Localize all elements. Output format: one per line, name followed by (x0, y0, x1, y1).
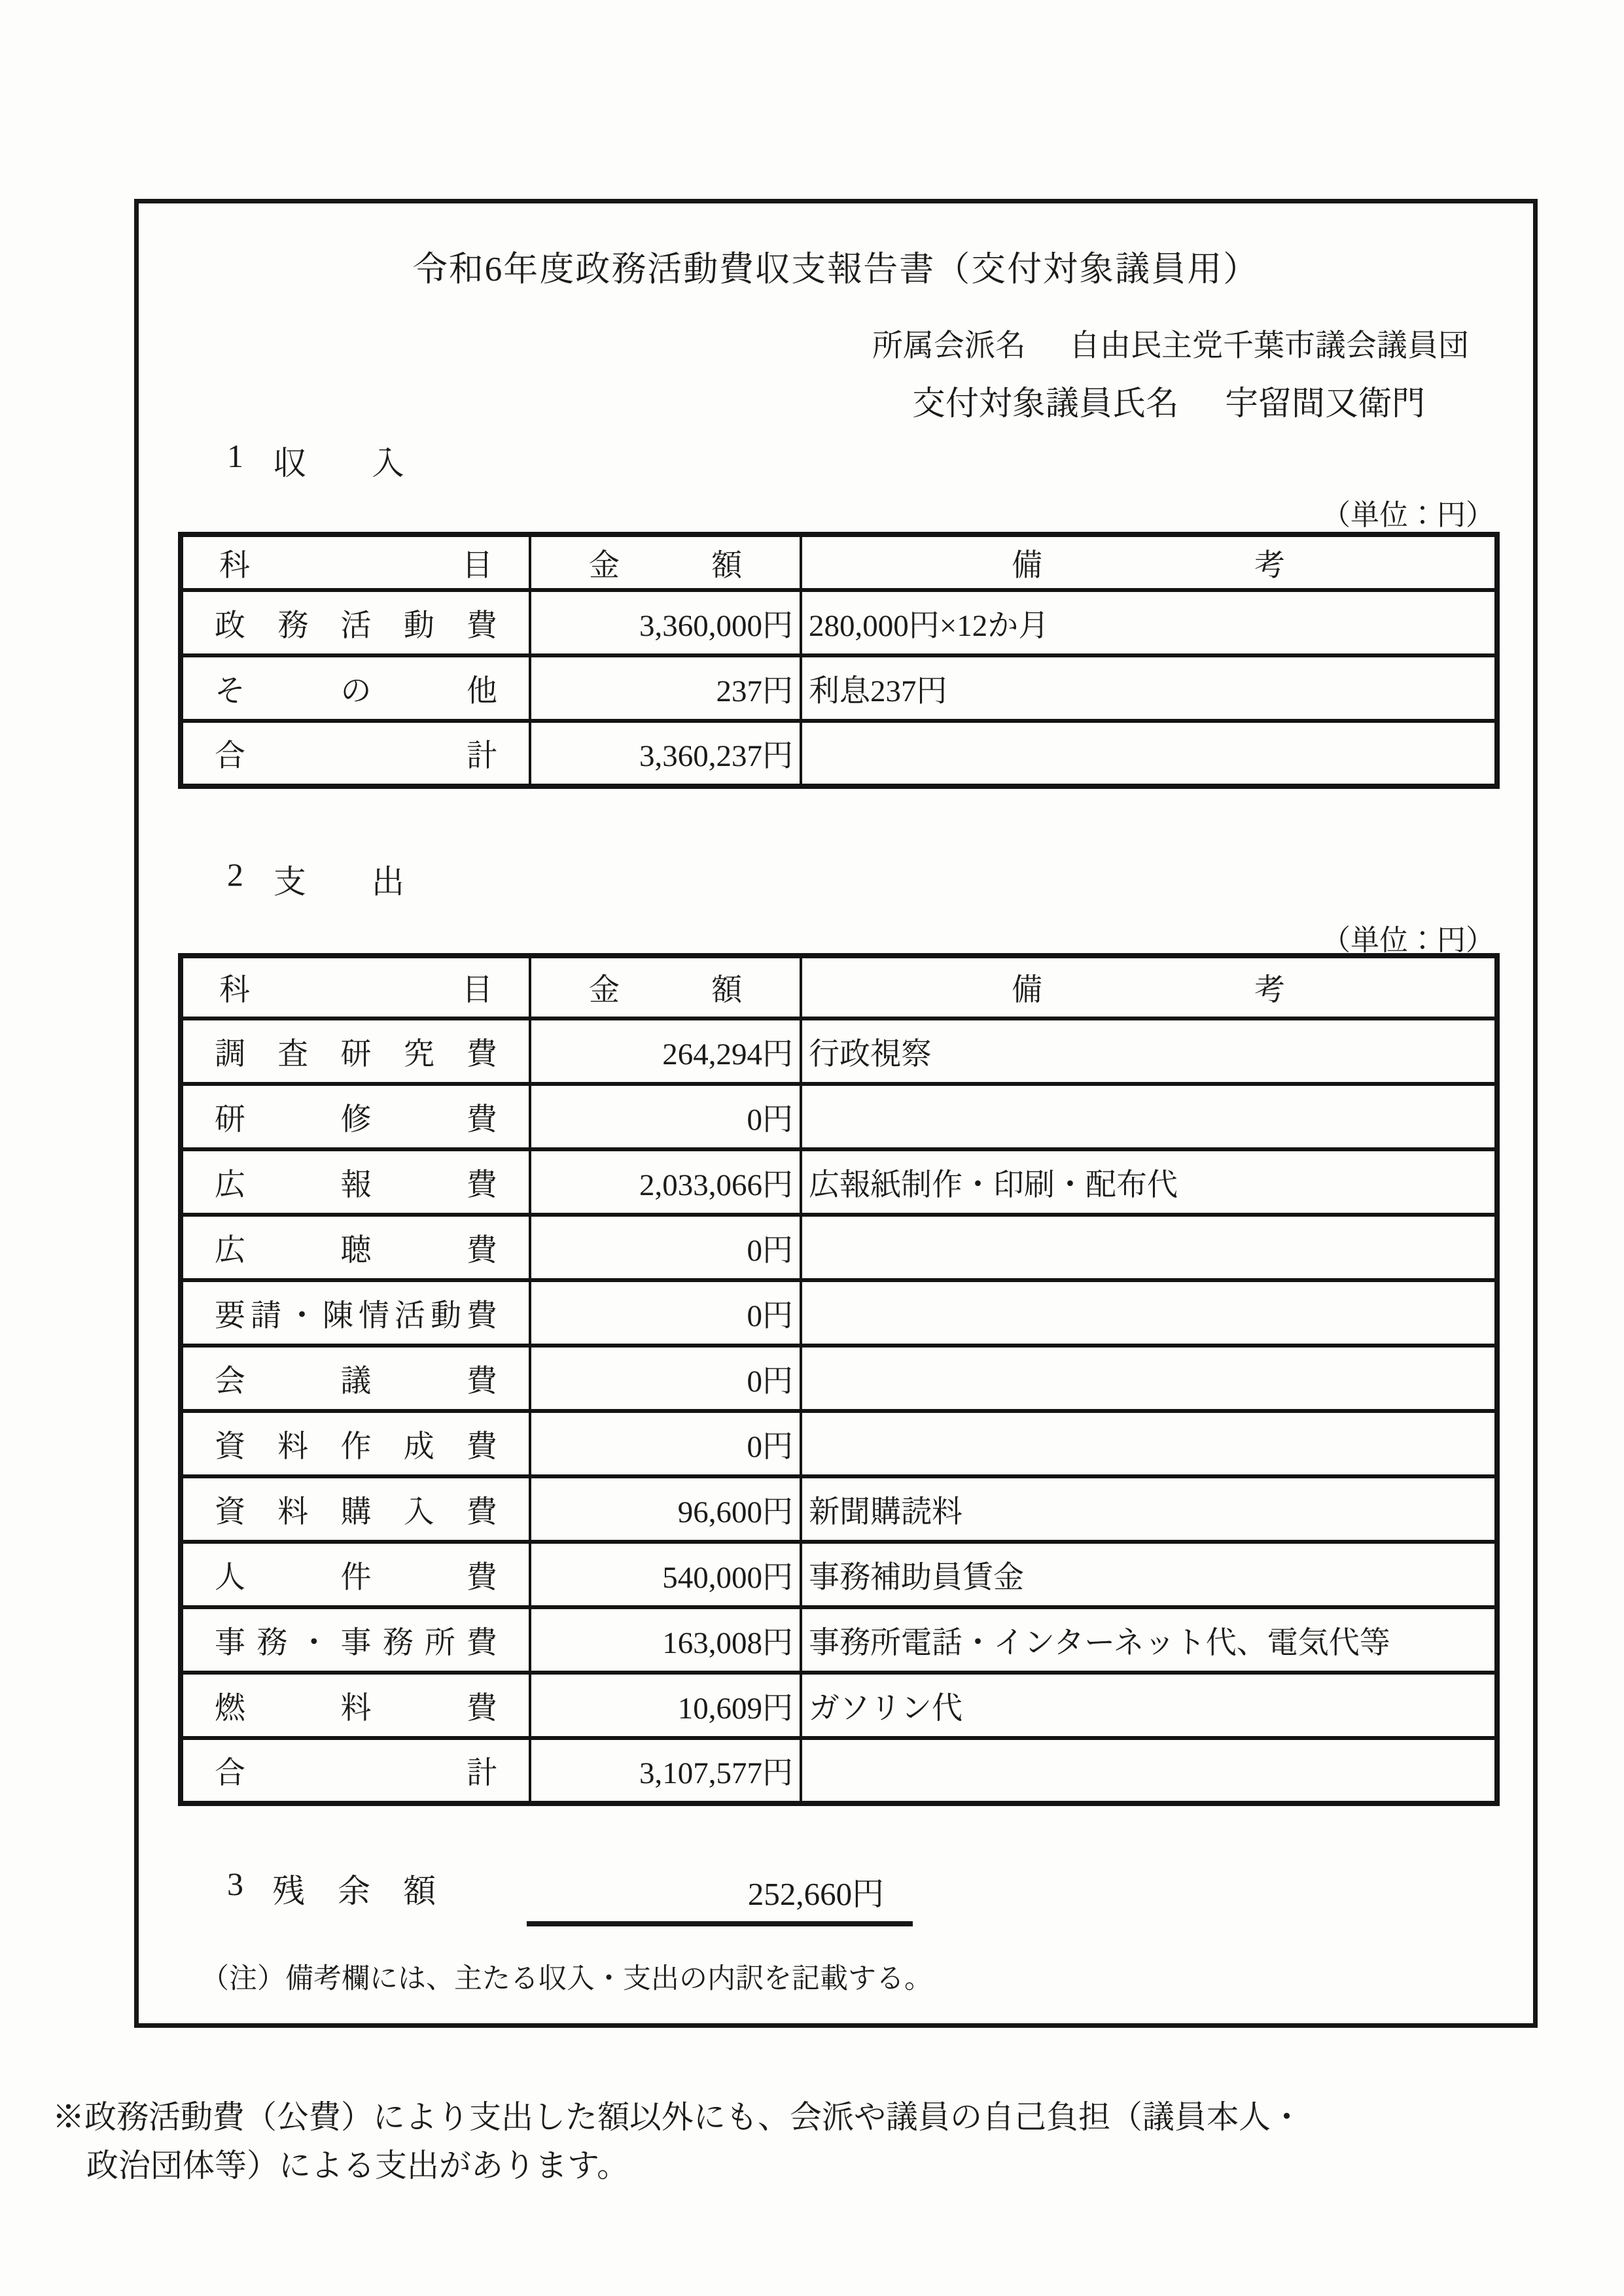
note-cell (801, 1084, 1497, 1149)
item-cell: 調査研究費 (181, 1018, 530, 1084)
amount-cell: 163,008円 (530, 1607, 801, 1673)
report-frame: 令和6年度政務活動費収支報告書（交付対象議員用） 所属会派名 自由民主党千葉市議… (134, 199, 1538, 2028)
table-row: 政務活動費 3,360,000円 280,000円×12か月 (181, 590, 1497, 655)
amount-cell: 10,609円 (530, 1673, 801, 1738)
income-table: 科目 金額 備考 政務活動費 3,360,000円 280,000円×12か月 … (178, 532, 1500, 789)
item-cell: 広報費 (181, 1149, 530, 1215)
table-row: 合計 3,107,577円 (181, 1738, 1497, 1803)
note-cell (801, 1215, 1497, 1280)
table-row: 広聴費 0円 (181, 1215, 1497, 1280)
table-row: 資料購入費 96,600円 新聞購読料 (181, 1476, 1497, 1542)
item-cell: 事務・事務所費 (181, 1607, 530, 1673)
expense-section-title: 支 出 (274, 856, 404, 903)
table-row: その他 237円 利息237円 (181, 655, 1497, 721)
item-cell: 要請・陳情活動費 (181, 1280, 530, 1346)
income-section-heading: 1 収 入 (227, 437, 404, 484)
item-cell: 人件費 (181, 1542, 530, 1607)
remarks-instruction-note: （注）備考欄には、主たる収入・支出の内訳を記載する。 (201, 1957, 932, 1996)
balance-underline (527, 1921, 913, 1926)
table-row: 燃料費 10,609円 ガソリン代 (181, 1673, 1497, 1738)
item-cell: その他 (181, 655, 530, 721)
amount-cell: 0円 (530, 1280, 801, 1346)
footer-disclaimer-line1: ※政務活動費（公費）により支出した額以外にも、会派や議員の自己負担（議員本人・ (52, 2093, 1303, 2142)
affiliation-label: 所属会派名 (872, 321, 1026, 365)
balance-section-number: 3 (227, 1865, 243, 1912)
income-section-number: 1 (227, 437, 243, 484)
item-cell: 資料作成費 (181, 1411, 530, 1476)
note-cell: 行政視察 (801, 1018, 1497, 1084)
amount-cell: 3,360,237円 (530, 721, 801, 786)
expense-unit-note: （単位：円） (178, 916, 1494, 958)
item-cell: 資料購入費 (181, 1476, 530, 1542)
table-row: 資料作成費 0円 (181, 1411, 1497, 1476)
note-cell: 事務所電話・インターネット代、電気代等 (801, 1607, 1497, 1673)
member-value: 宇留間又衛門 (1225, 376, 1425, 425)
member-label: 交付対象議員氏名 (912, 376, 1179, 425)
note-cell: 利息237円 (801, 655, 1497, 721)
note-cell (801, 1411, 1497, 1476)
table-row: 研修費 0円 (181, 1084, 1497, 1149)
scanned-report-page: 令和6年度政務活動費収支報告書（交付対象議員用） 所属会派名 自由民主党千葉市議… (0, 0, 1624, 2296)
amount-cell: 0円 (530, 1346, 801, 1411)
affiliation-line: 所属会派名 自由民主党千葉市議会議員団 (872, 321, 1469, 365)
note-cell: 280,000円×12か月 (801, 590, 1497, 655)
amount-cell: 2,033,066円 (530, 1149, 801, 1215)
amount-cell: 540,000円 (530, 1542, 801, 1607)
amount-column-header: 金額 (530, 534, 801, 590)
note-cell (801, 721, 1497, 786)
table-row: 調査研究費 264,294円 行政視察 (181, 1018, 1497, 1084)
amount-cell: 237円 (530, 655, 801, 721)
note-cell: ガソリン代 (801, 1673, 1497, 1738)
amount-cell: 0円 (530, 1084, 801, 1149)
amount-cell: 0円 (530, 1411, 801, 1476)
table-row: 要請・陳情活動費 0円 (181, 1280, 1497, 1346)
footer-disclaimer: ※政務活動費（公費）により支出した額以外にも、会派や議員の自己負担（議員本人・ … (52, 2093, 1303, 2189)
item-cell: 政務活動費 (181, 590, 530, 655)
income-unit-note: （単位：円） (178, 491, 1494, 533)
amount-column-header: 金額 (530, 956, 801, 1018)
balance-amount: 252,660円 (623, 1869, 1009, 1915)
table-row: 合計 3,360,237円 (181, 721, 1497, 786)
item-cell: 合計 (181, 721, 530, 786)
item-cell: 燃料費 (181, 1673, 530, 1738)
affiliation-value: 自由民主党千葉市議会議員団 (1069, 321, 1469, 365)
item-cell: 合計 (181, 1738, 530, 1803)
item-column-header: 科目 (181, 534, 530, 590)
amount-cell: 96,600円 (530, 1476, 801, 1542)
document-title: 令和6年度政務活動費収支報告書（交付対象議員用） (139, 241, 1533, 291)
note-column-header: 備考 (801, 534, 1497, 590)
item-cell: 会議費 (181, 1346, 530, 1411)
note-cell (801, 1280, 1497, 1346)
member-line: 交付対象議員氏名 宇留間又衛門 (912, 376, 1425, 425)
amount-cell: 0円 (530, 1215, 801, 1280)
expense-table: 科目 金額 備考 調査研究費 264,294円 行政視察 研修費 0円 広報費 … (178, 953, 1500, 1806)
balance-section-heading: 3 残 余 額 (227, 1865, 436, 1912)
note-cell (801, 1346, 1497, 1411)
amount-cell: 3,360,000円 (530, 590, 801, 655)
amount-cell: 264,294円 (530, 1018, 801, 1084)
table-row: 広報費 2,033,066円 広報紙制作・印刷・配布代 (181, 1149, 1497, 1215)
amount-cell: 3,107,577円 (530, 1738, 801, 1803)
item-cell: 広聴費 (181, 1215, 530, 1280)
table-header-row: 科目 金額 備考 (181, 534, 1497, 590)
expense-section-number: 2 (227, 856, 243, 903)
table-row: 事務・事務所費 163,008円 事務所電話・インターネット代、電気代等 (181, 1607, 1497, 1673)
note-cell (801, 1738, 1497, 1803)
note-cell: 広報紙制作・印刷・配布代 (801, 1149, 1497, 1215)
table-header-row: 科目 金額 備考 (181, 956, 1497, 1018)
item-column-header: 科目 (181, 956, 530, 1018)
table-row: 人件費 540,000円 事務補助員賃金 (181, 1542, 1497, 1607)
table-row: 会議費 0円 (181, 1346, 1497, 1411)
note-column-header: 備考 (801, 956, 1497, 1018)
footer-disclaimer-line2: 政治団体等）による支出があります。 (52, 2142, 1303, 2190)
note-cell: 事務補助員賃金 (801, 1542, 1497, 1607)
expense-section-heading: 2 支 出 (227, 856, 404, 903)
note-cell: 新聞購読料 (801, 1476, 1497, 1542)
balance-section: 3 残 余 額 252,660円 (227, 1865, 1503, 1950)
item-cell: 研修費 (181, 1084, 530, 1149)
balance-section-title: 残 余 額 (272, 1865, 436, 1912)
income-section-title: 収 入 (274, 437, 404, 484)
